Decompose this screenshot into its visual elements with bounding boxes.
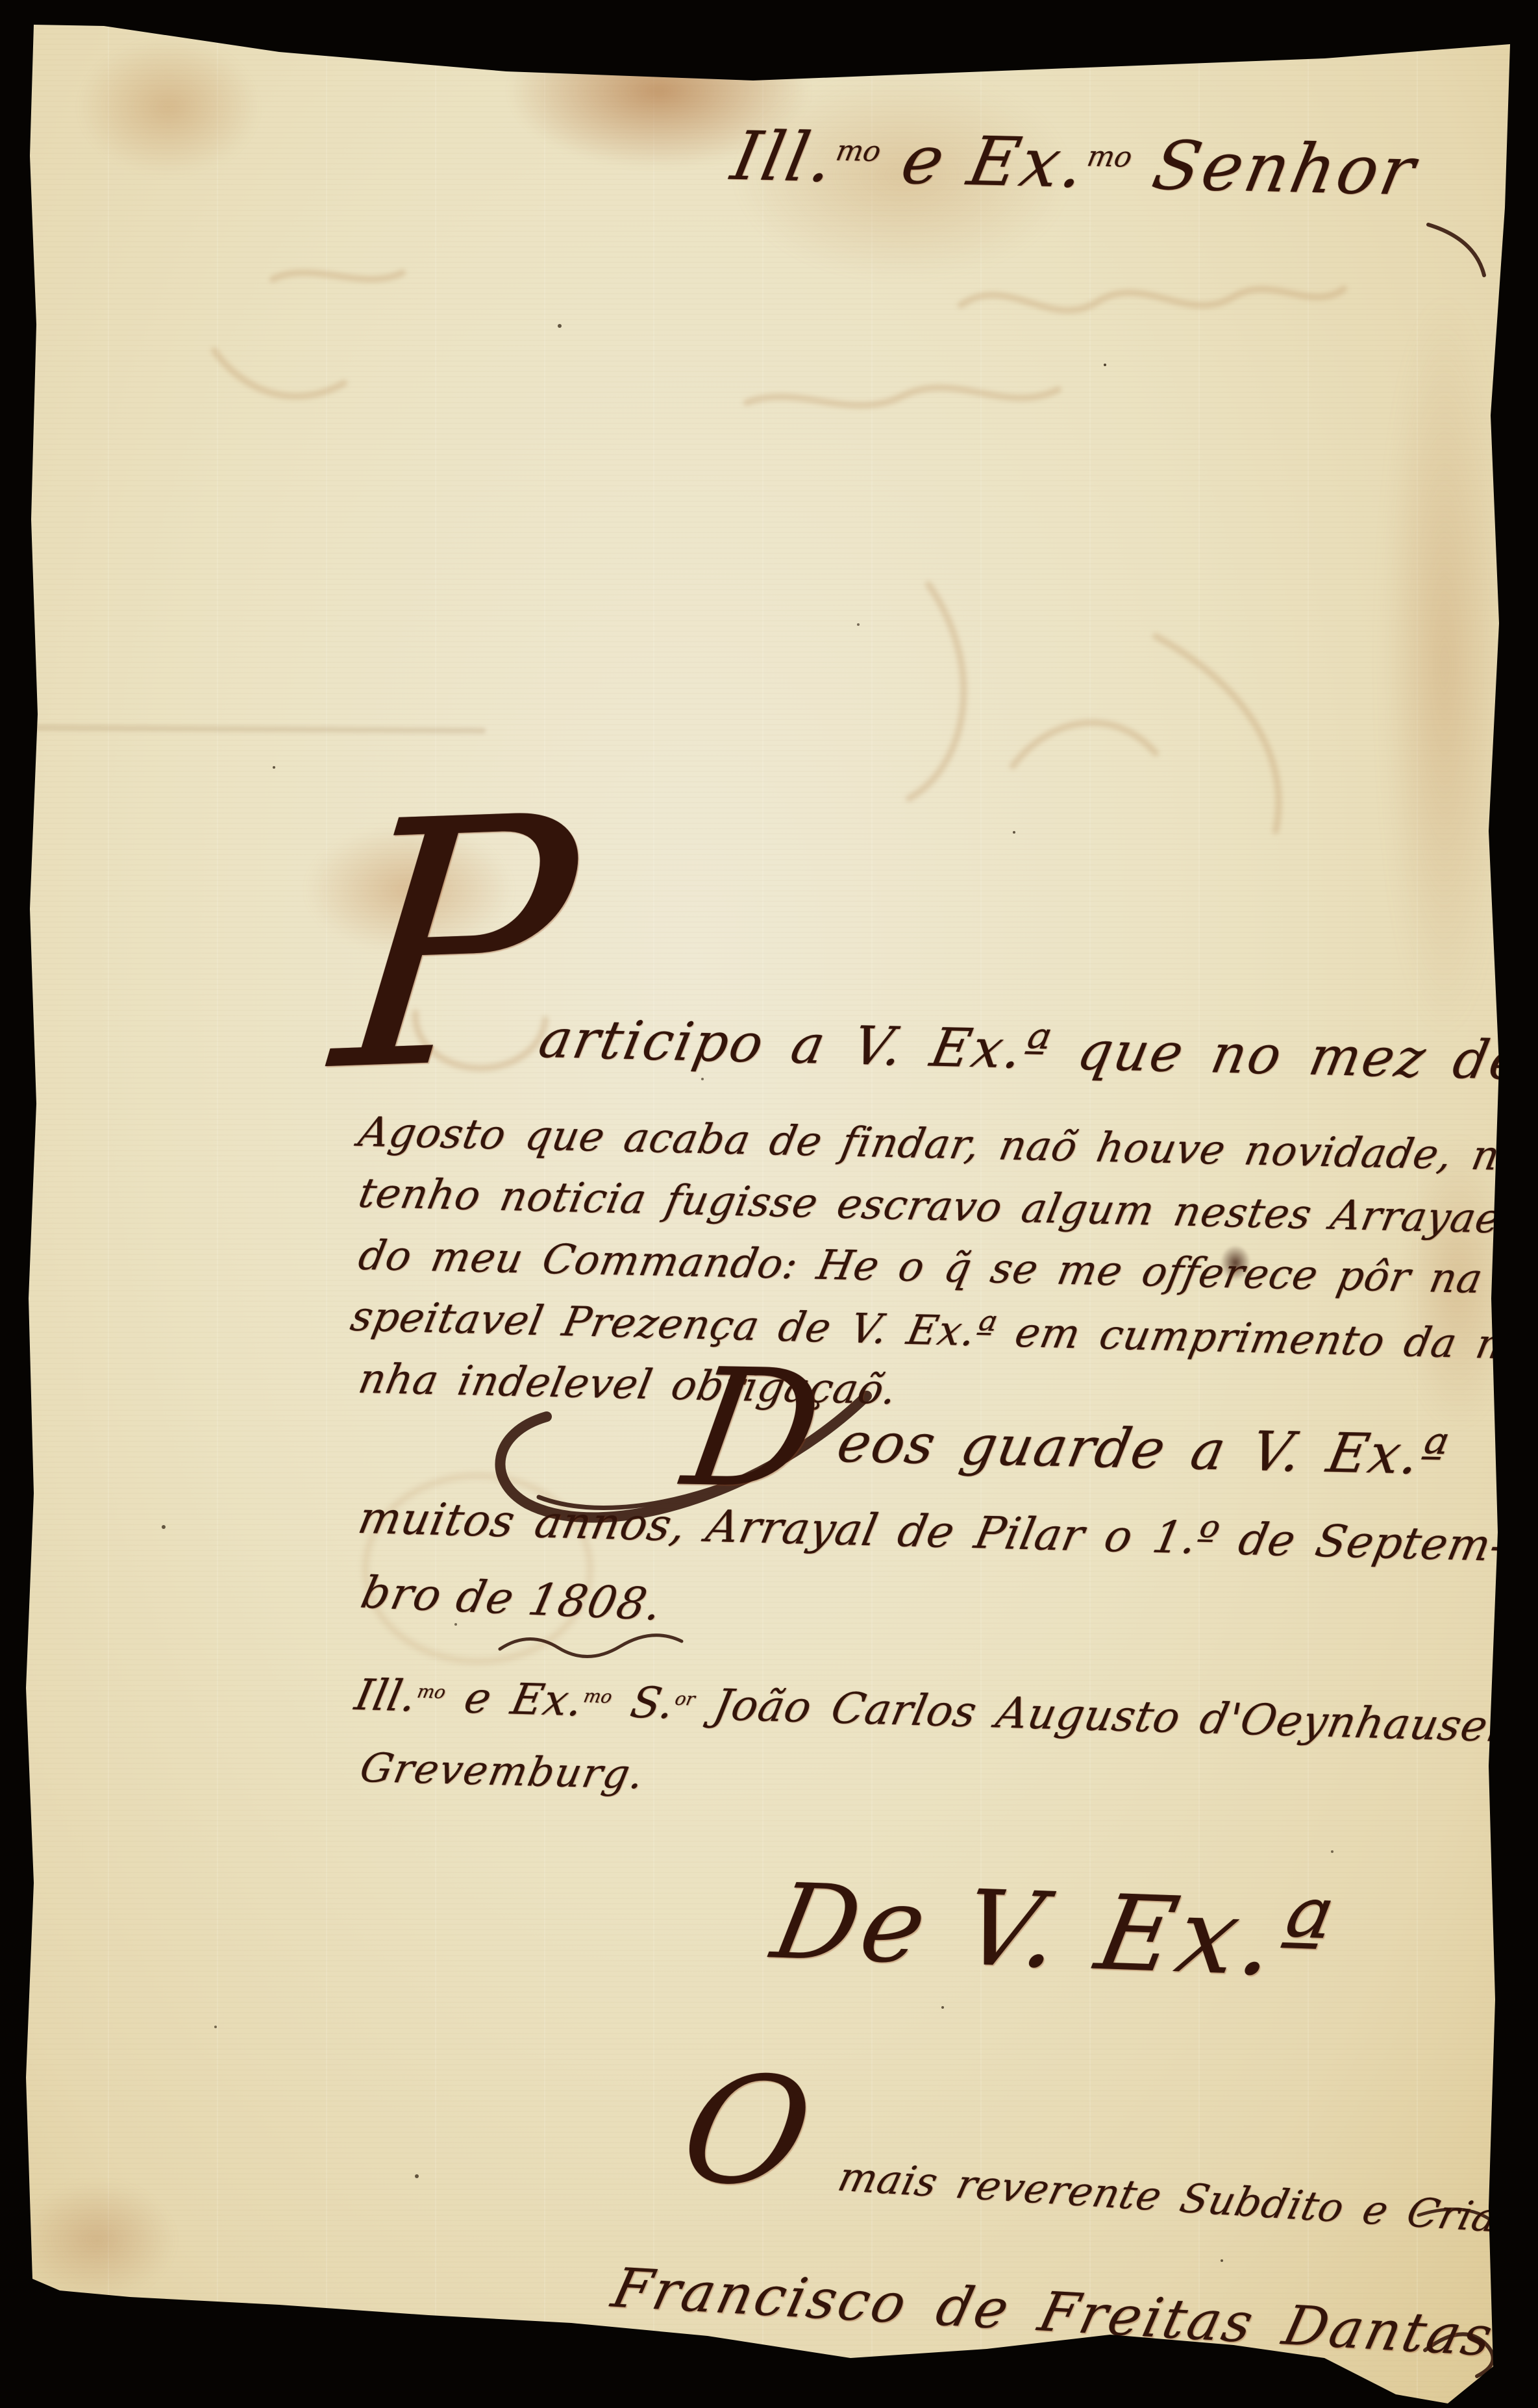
body-line: Agosto que acaba de findar, naõ houve no… <box>356 1111 1538 1178</box>
stain <box>1383 292 1506 1039</box>
paper-specks <box>0 0 3 3</box>
manuscript-page: Ill.mo e Ex.mo Senhor P articipo a V. Ex… <box>0 0 1538 2408</box>
date-line: bro de 1808. <box>357 1571 667 1628</box>
fold-crease <box>18 724 486 734</box>
body-line: speitavel Prezença de V. Ex.ª em cumprim… <box>347 1296 1538 1366</box>
body-line: tenho noticia fugisse escravo algum nest… <box>355 1173 1526 1239</box>
closing-line: eos guarde a V. Ex.ª <box>833 1415 1452 1482</box>
stain <box>19 2181 175 2298</box>
date-line: muitos annos, Arrayal de Pilar o 1.º de … <box>354 1496 1510 1569</box>
stain <box>78 39 260 175</box>
photo-of-manuscript: Ill.mo e Ex.mo Senhor P articipo a V. Ex… <box>0 0 1538 2408</box>
valediction-initial: O <box>671 2055 823 2209</box>
courtesy-line: De V. Ex.ª <box>765 1870 1341 1992</box>
salutation: Ill.mo e Ex.mo Senhor <box>726 122 1422 205</box>
valediction-line: mais reverente Subdito e Criado <box>834 2157 1538 2241</box>
addressee-line: Ill.mo e Ex.mo S.or João Carlos Augusto … <box>352 1674 1520 1749</box>
opening-line: articipo a V. Ex.ª que no mez de <box>535 1013 1529 1088</box>
body-line: do meu Commando: He o q̃ se me offerece … <box>356 1235 1538 1301</box>
signature: Francisco de Freitas Dantas <box>608 2261 1500 2364</box>
addressee-line: Grevemburg. <box>357 1748 649 1794</box>
closing-initial: D <box>676 1347 832 1511</box>
